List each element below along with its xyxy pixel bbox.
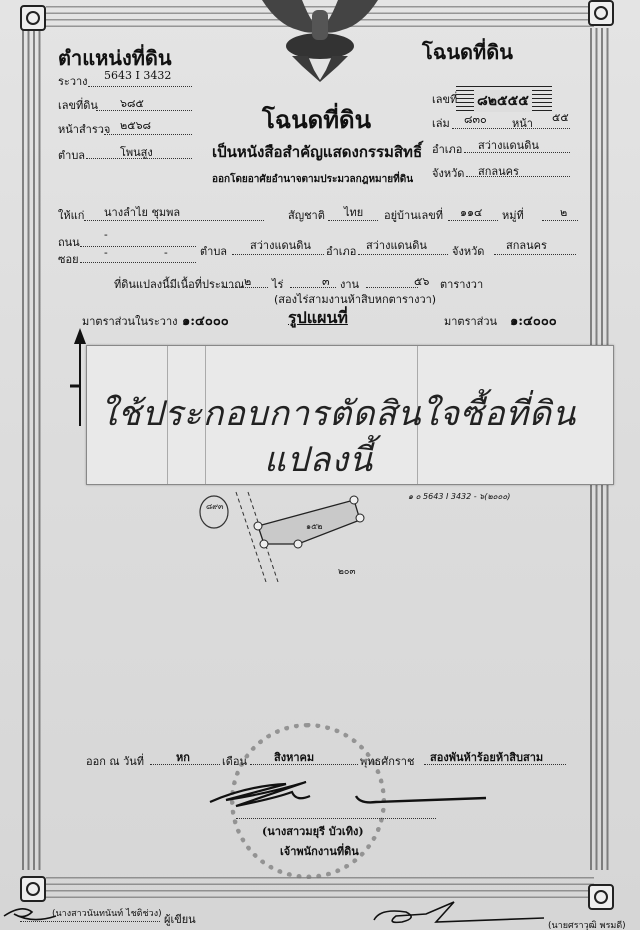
dotted-line xyxy=(328,220,378,221)
handwritten-note-line-2: แปลงนี้ xyxy=(264,432,373,486)
corner-ornament-icon xyxy=(20,5,46,31)
dotted-line xyxy=(20,921,160,922)
survey-page-label: หน้าสำรวจ xyxy=(58,120,110,138)
area-ngan-value: ๓ xyxy=(322,272,330,290)
official-name: (นางสาวมยุรี บัวเทิง) xyxy=(262,822,364,840)
dotted-line xyxy=(448,220,498,221)
deed-number-box: ๘๒๕๕๕ xyxy=(456,86,552,112)
adjacent-plot-label: ๒๐๓ xyxy=(338,564,356,578)
corner-ornament-icon xyxy=(588,884,614,910)
sheet-scale-value: ๑:๔๐๐๐ xyxy=(182,310,229,331)
house-no-label: อยู่บ้านเลขที่ xyxy=(384,206,443,224)
deed-province-value: สกลนคร xyxy=(478,162,519,180)
owner-subdistrict-value: สว่างแดนดิน xyxy=(250,236,311,254)
dotted-line xyxy=(424,764,566,765)
dotted-line xyxy=(464,152,570,153)
road-label: ถนน xyxy=(58,233,80,251)
map-scale-value: ๑:๔๐๐๐ xyxy=(510,310,557,331)
owner-subdistrict-label: ตำบล xyxy=(200,242,227,260)
area-prefix: ที่ดินแปลงนี้มีเนื้อที่ประมาณ xyxy=(114,275,244,293)
sheet-value: 5643 I 3432 xyxy=(104,69,171,82)
land-title-deed: ตำแหน่งที่ดิน ระวาง 5643 I 3432 เลขที่ดิ… xyxy=(0,0,640,930)
dotted-line xyxy=(452,128,570,129)
corner-ornament-icon xyxy=(588,0,614,26)
adjacent-plot-label: ๘๙๓ xyxy=(206,500,224,513)
corner-ornament-icon xyxy=(20,876,46,902)
road-value: - xyxy=(104,228,108,241)
sheet-label: ระวาง xyxy=(58,72,88,90)
dotted-line xyxy=(466,176,570,177)
dotted-line xyxy=(80,246,196,247)
dotted-line xyxy=(104,134,192,135)
dotted-line xyxy=(366,287,418,288)
document-title: โฉนดที่ดิน xyxy=(262,100,371,139)
sheet-reference: ๑ ๐ 5643 I 3432 - ๖(๒๐๐๐) xyxy=(408,490,510,503)
deed-province-label: จังหวัด xyxy=(432,164,464,182)
dotted-line xyxy=(232,254,324,255)
issue-prefix: ออก ณ วันที่ xyxy=(86,752,144,770)
volume-value: ๘๓๐ xyxy=(464,110,487,128)
area-wa-label: ตารางวา xyxy=(440,275,483,293)
dotted-line xyxy=(80,262,196,263)
dotted-line xyxy=(150,764,220,765)
moo-value: ๒ xyxy=(560,203,567,221)
checker-name: (นายศราวุฒิ พรมดี) xyxy=(548,918,626,930)
document-subtitle: เป็นหนังสือสำคัญแสดงกรรมสิทธิ์ xyxy=(212,140,422,164)
dotted-line xyxy=(542,220,578,221)
owner-district-value: สว่างแดนดิน xyxy=(366,236,427,254)
deed-number-label: เลขที่ xyxy=(432,90,457,108)
dotted-line xyxy=(84,220,264,221)
volume-label: เล่ม xyxy=(432,114,450,132)
issued-by-text: ออกโดยอาศัยอำนาจตามประมวลกฎหมายที่ดิน xyxy=(212,172,413,187)
parcel-map-sketch xyxy=(196,482,576,582)
area-wa-value: ๕๖ xyxy=(414,272,429,290)
subdistrict-label: ตำบล xyxy=(58,146,85,164)
dotted-line xyxy=(236,818,436,819)
survey-page-value: ๒๕๖๘ xyxy=(120,116,151,134)
dotted-line xyxy=(96,110,192,111)
adjacent-plot-label: ๑๕๒ xyxy=(306,520,322,533)
owner-province-value: สกลนคร xyxy=(506,236,547,254)
deed-number-value: ๘๒๕๕๕ xyxy=(474,90,532,112)
security-border-left xyxy=(22,28,44,870)
house-no-value: ๑๑๔ xyxy=(460,203,482,221)
parcel-no-label: เลขที่ดิน xyxy=(58,96,98,114)
official-title: เจ้าพนักงานที่ดิน xyxy=(280,842,359,860)
owner-to-label: ให้แก่ xyxy=(58,206,84,224)
page-label: หน้า xyxy=(512,114,533,132)
owner-province-label: จังหวัด xyxy=(452,242,484,260)
dotted-line xyxy=(358,254,448,255)
soi-label: ซอย xyxy=(58,250,79,268)
map-heading: รูปแผนที่ xyxy=(288,306,348,331)
dotted-line xyxy=(494,254,576,255)
soi-value: - xyxy=(104,246,108,259)
dotted-line xyxy=(86,158,192,159)
area-rai-value: ๒ xyxy=(244,272,251,290)
nationality-label: สัญชาติ xyxy=(288,206,325,224)
checker-signature xyxy=(366,900,546,926)
issue-month-label: เดือน xyxy=(222,752,247,770)
issue-year-label: พุทธศักราช xyxy=(360,752,414,770)
owner-district-label: อำเภอ xyxy=(326,242,356,260)
sheet-scale-label: มาตราส่วนในระวาง xyxy=(82,312,178,330)
moo-label: หมู่ที่ xyxy=(502,206,524,224)
deed-district-label: อำเภอ xyxy=(432,140,462,158)
owner-name: นางลำไย ชุมพล xyxy=(104,203,180,221)
page-value: ๕๕ xyxy=(552,108,569,126)
writer-name: (นางสาวนันทนันท์ ไชติช่วง) xyxy=(52,906,162,920)
nationality-value: ไทย xyxy=(344,203,363,221)
writer-role: ผู้เขียน xyxy=(164,910,196,928)
dotted-line xyxy=(88,86,192,87)
map-scale-label: มาตราส่วน xyxy=(444,312,497,330)
dotted-line xyxy=(250,764,358,765)
official-signature xyxy=(206,778,496,812)
garuda-emblem-icon xyxy=(262,0,378,82)
soi-value-2: - xyxy=(164,246,168,259)
deed-type-label: โฉนดที่ดิน xyxy=(422,36,513,68)
